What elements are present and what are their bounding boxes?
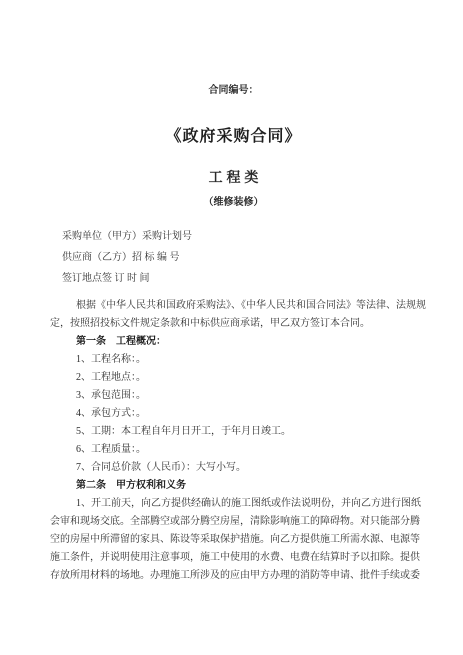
contract-body: 根据《中华人民共和国政府采购法》、《中华人民共和国合同法》等法律、法规规 定，按… <box>50 297 417 585</box>
section2-paragraph-line: 空的房屋中所滞留的家具、陈设等采取保护措施。向乙方提供施工所需水源、电源等 <box>50 531 417 549</box>
section1-item: 7、合同总价款（人民币）：大写小写。 <box>50 459 417 477</box>
section1-item: 4、承包方式：。 <box>50 405 417 423</box>
intro-paragraph-line: 根据《中华人民共和国政府采购法》、《中华人民共和国合同法》等法律、法规规 <box>50 297 417 315</box>
section1-item: 2、工程地点：。 <box>50 369 417 387</box>
meta-line-supplier: 供应商（乙方）招 标 编 号 <box>62 247 417 268</box>
section2-heading: 第二条 甲方权利和义务 <box>50 477 417 495</box>
section2-paragraph-line: 会审和现场交底。全部腾空或部分腾空房屋，清除影响施工的障碍物。对只能部分腾 <box>50 513 417 531</box>
meta-line-purchaser: 采购单位（甲方）采购计划号 <box>62 226 417 247</box>
section1-item: 3、承包范围：。 <box>50 387 417 405</box>
category-heading: 工 程 类 <box>50 170 417 185</box>
section2-paragraph-line: 施工条件，并说明使用注意事项，施工中使用的水费、电费在结算时予以扣除。提供 <box>50 549 417 567</box>
section1-item: 5、工期：本工程自年月日开工，于年月日竣工。 <box>50 423 417 441</box>
intro-paragraph-line: 定，按照招投标文件规定条款和中标供应商承诺，甲乙双方签订本合同。 <box>50 315 417 333</box>
meta-line-signing-place: 签订地点签 订 时 间 <box>62 268 417 289</box>
section2-paragraph-line: 1、开工前天，向乙方提供经确认的施工图纸或作法说明份，并向乙方进行图纸 <box>50 495 417 513</box>
subcategory-heading: （维修装修） <box>50 197 417 209</box>
section1-item: 6、工程质量：。 <box>50 441 417 459</box>
contract-meta-block: 采购单位（甲方）采购计划号 供应商（乙方）招 标 编 号 签订地点签 订 时 间 <box>50 226 417 289</box>
section1-item: 1、工程名称：。 <box>50 351 417 369</box>
section1-heading: 第一条 工程概况： <box>50 333 417 351</box>
document-title: 《政府采购合同》 <box>50 126 417 148</box>
section2-paragraph-line: 存放所用材料的场地。办理施工所涉及的应由甲方办理的消防等申请、批件手续或委 <box>50 567 417 585</box>
contract-number-label: 合同编号： <box>50 85 417 96</box>
contract-document-page: 合同编号： 《政府采购合同》 工 程 类 （维修装修） 采购单位（甲方）采购计划… <box>0 0 463 655</box>
